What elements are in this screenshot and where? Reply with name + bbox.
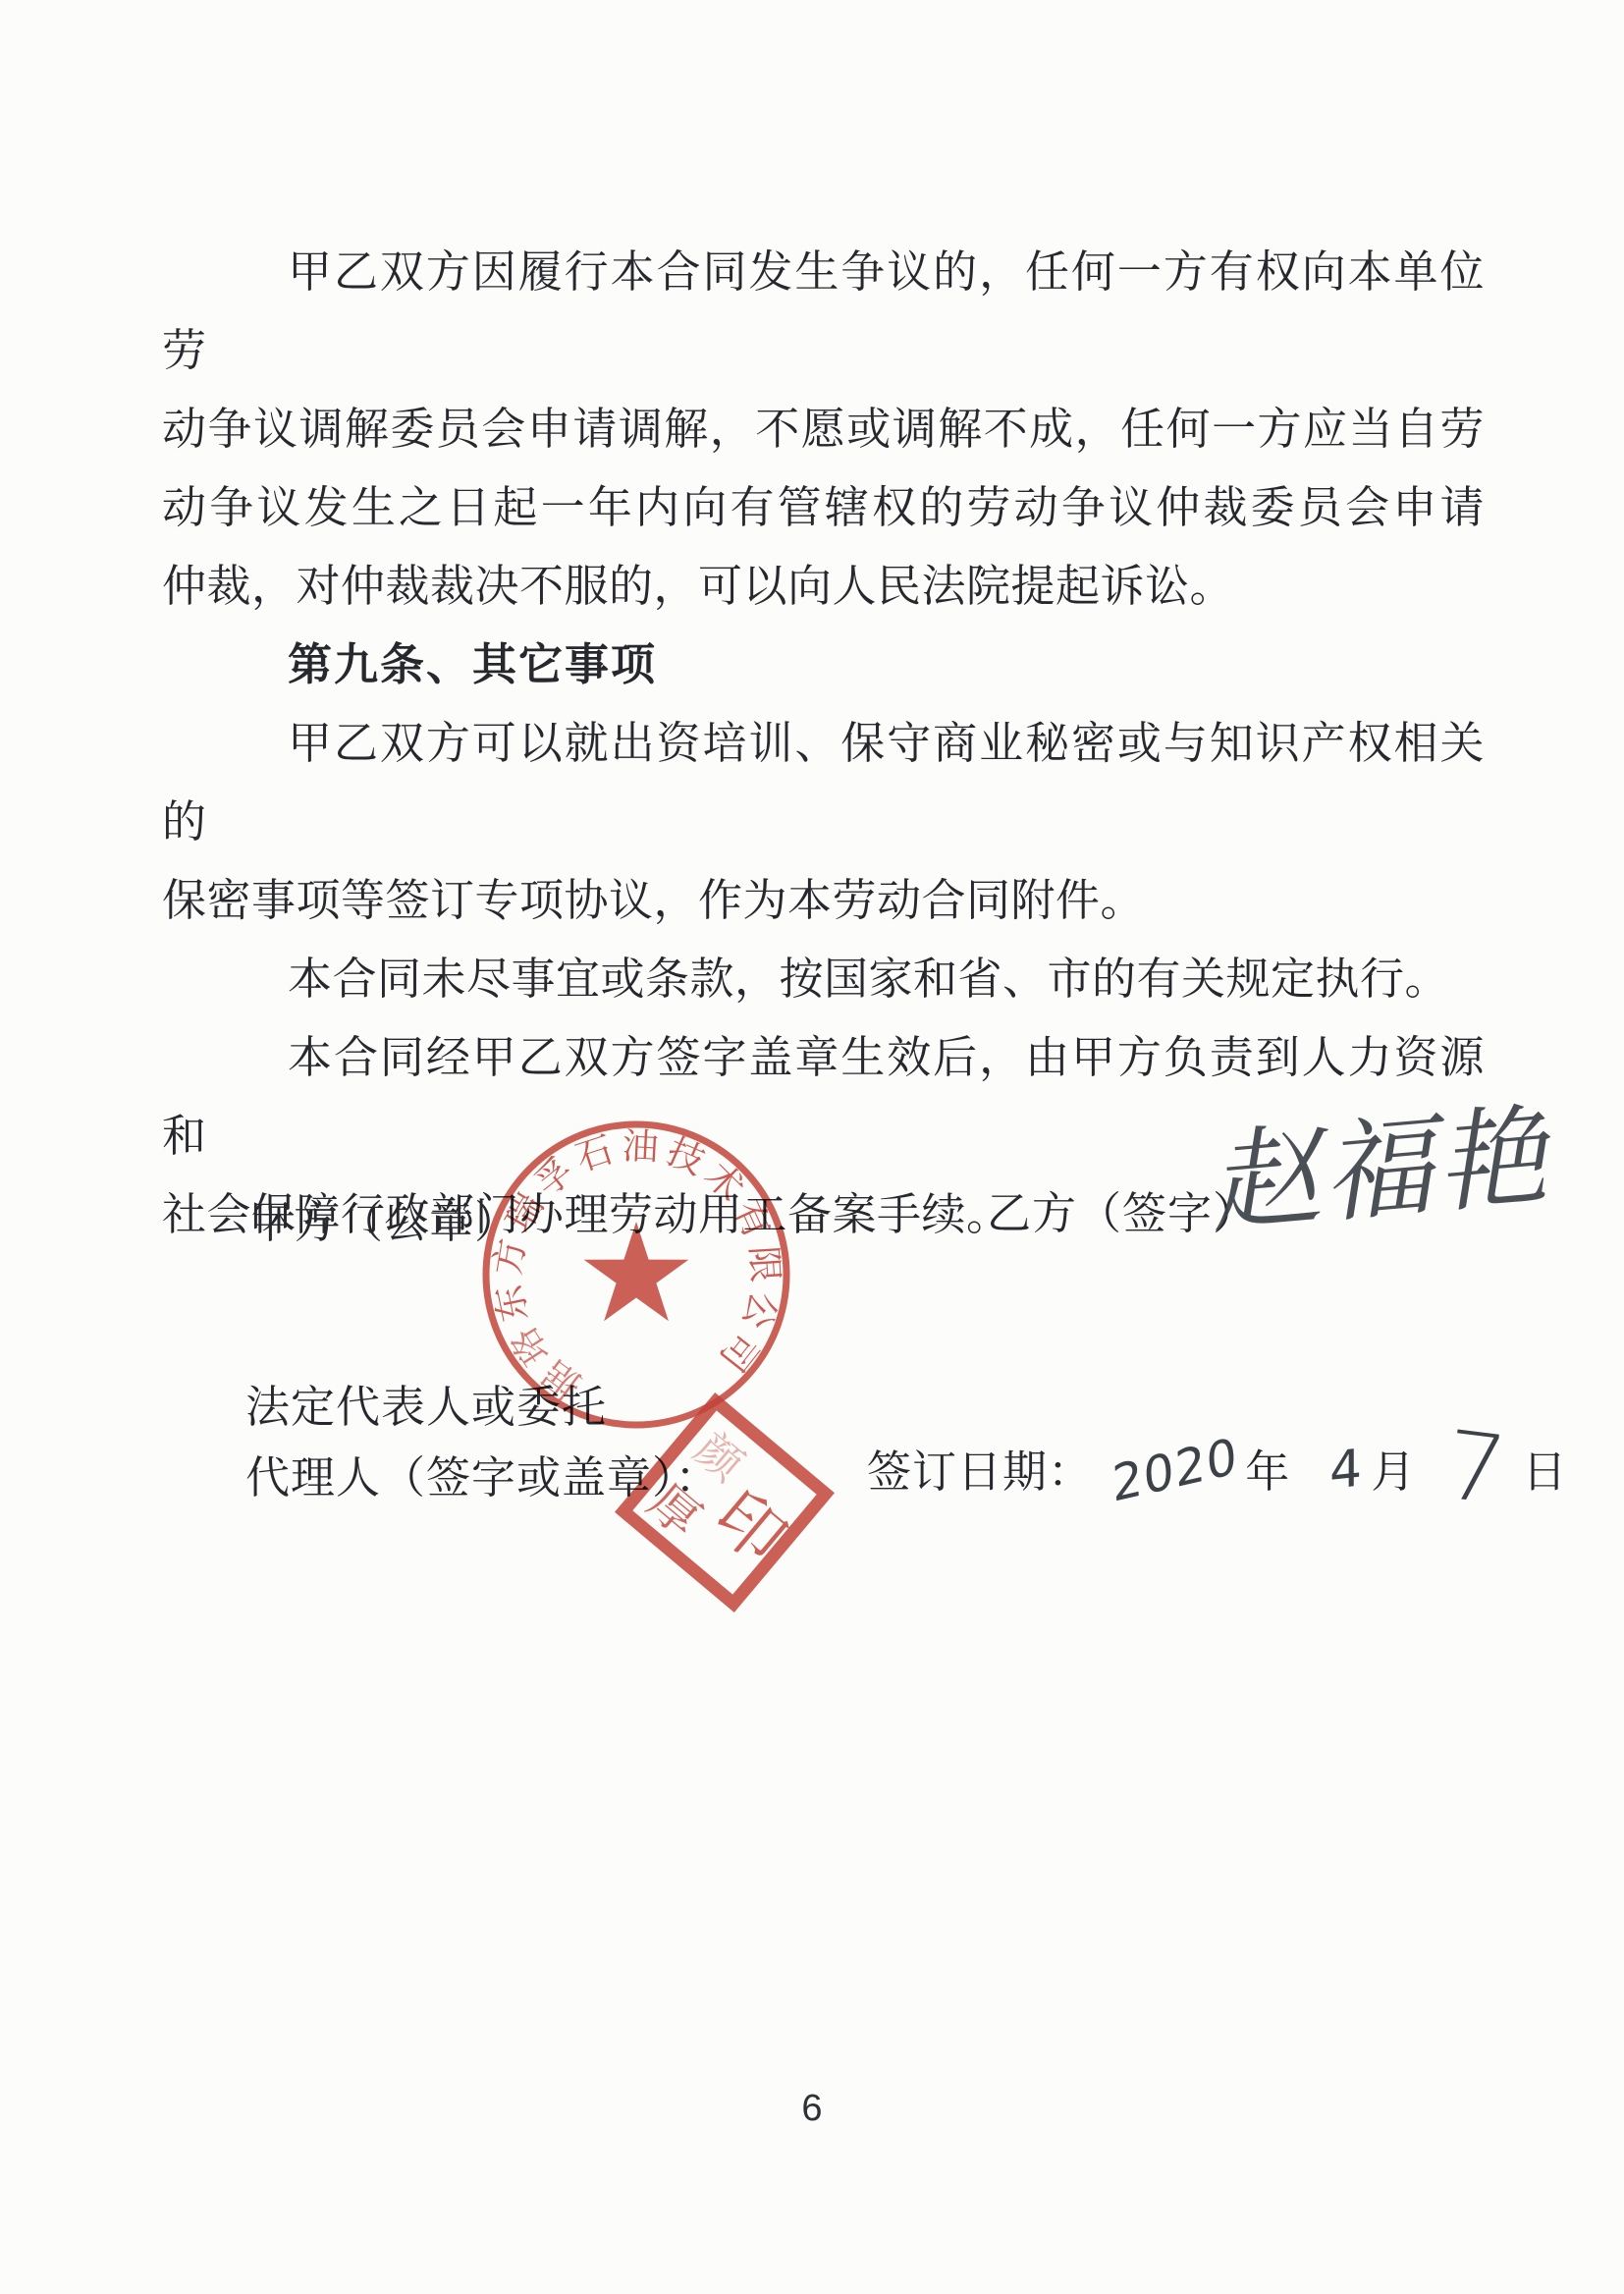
contract-line: 甲乙双方因履行本合同发生争议的，任何一方有权向本单位劳	[162, 233, 1485, 390]
legal-rep-label-line2: 代理人（签字或盖章）：	[245, 1442, 721, 1505]
legal-rep-label-line1: 法定代表人或委托	[245, 1371, 607, 1435]
handwritten-day: 7	[1446, 1464, 1507, 1472]
day-unit: 日	[1522, 1436, 1567, 1500]
contract-line: 甲乙双方可以就出资培训、保守商业秘密或与知识产权相关的	[162, 704, 1485, 861]
article-9-heading: 第九条、其它事项	[162, 626, 1485, 704]
handwritten-year: 2020	[1110, 1427, 1239, 1513]
contract-line: 动争议调解委员会申请调解，不愿或调解不成，任何一方应当自劳	[162, 390, 1485, 468]
contract-line: 保密事项等签订专项协议，作为本劳动合同附件。	[162, 861, 1485, 940]
party-a-seal-label: 甲方（公章）	[248, 1186, 519, 1250]
month-unit: 月	[1371, 1436, 1416, 1500]
year-unit: 年	[1245, 1436, 1290, 1500]
page-number: 6	[0, 2088, 1624, 2130]
contract-line: 动争议发生之日起一年内向有管辖权的劳动争议仲裁委员会申请	[162, 468, 1485, 547]
party-b-handwritten-signature: 赵福艳	[1208, 1065, 1574, 1255]
contract-line: 仲裁，对仲裁裁决不服的，可以向人民法院提起诉讼。	[162, 547, 1485, 626]
signing-date-label: 签订日期：	[867, 1436, 1093, 1500]
signing-date-row: 签订日期： 2020 年 4 月 7 日	[867, 1436, 1567, 1500]
contract-scan-page: 甲乙双方因履行本合同发生争议的，任何一方有权向本单位劳 动争议调解委员会申请调解…	[0, 0, 1624, 2294]
handwritten-month: 4	[1329, 1439, 1363, 1502]
contract-line: 本合同未尽事宜或条款，按国家和省、市的有关规定执行。	[162, 940, 1485, 1018]
